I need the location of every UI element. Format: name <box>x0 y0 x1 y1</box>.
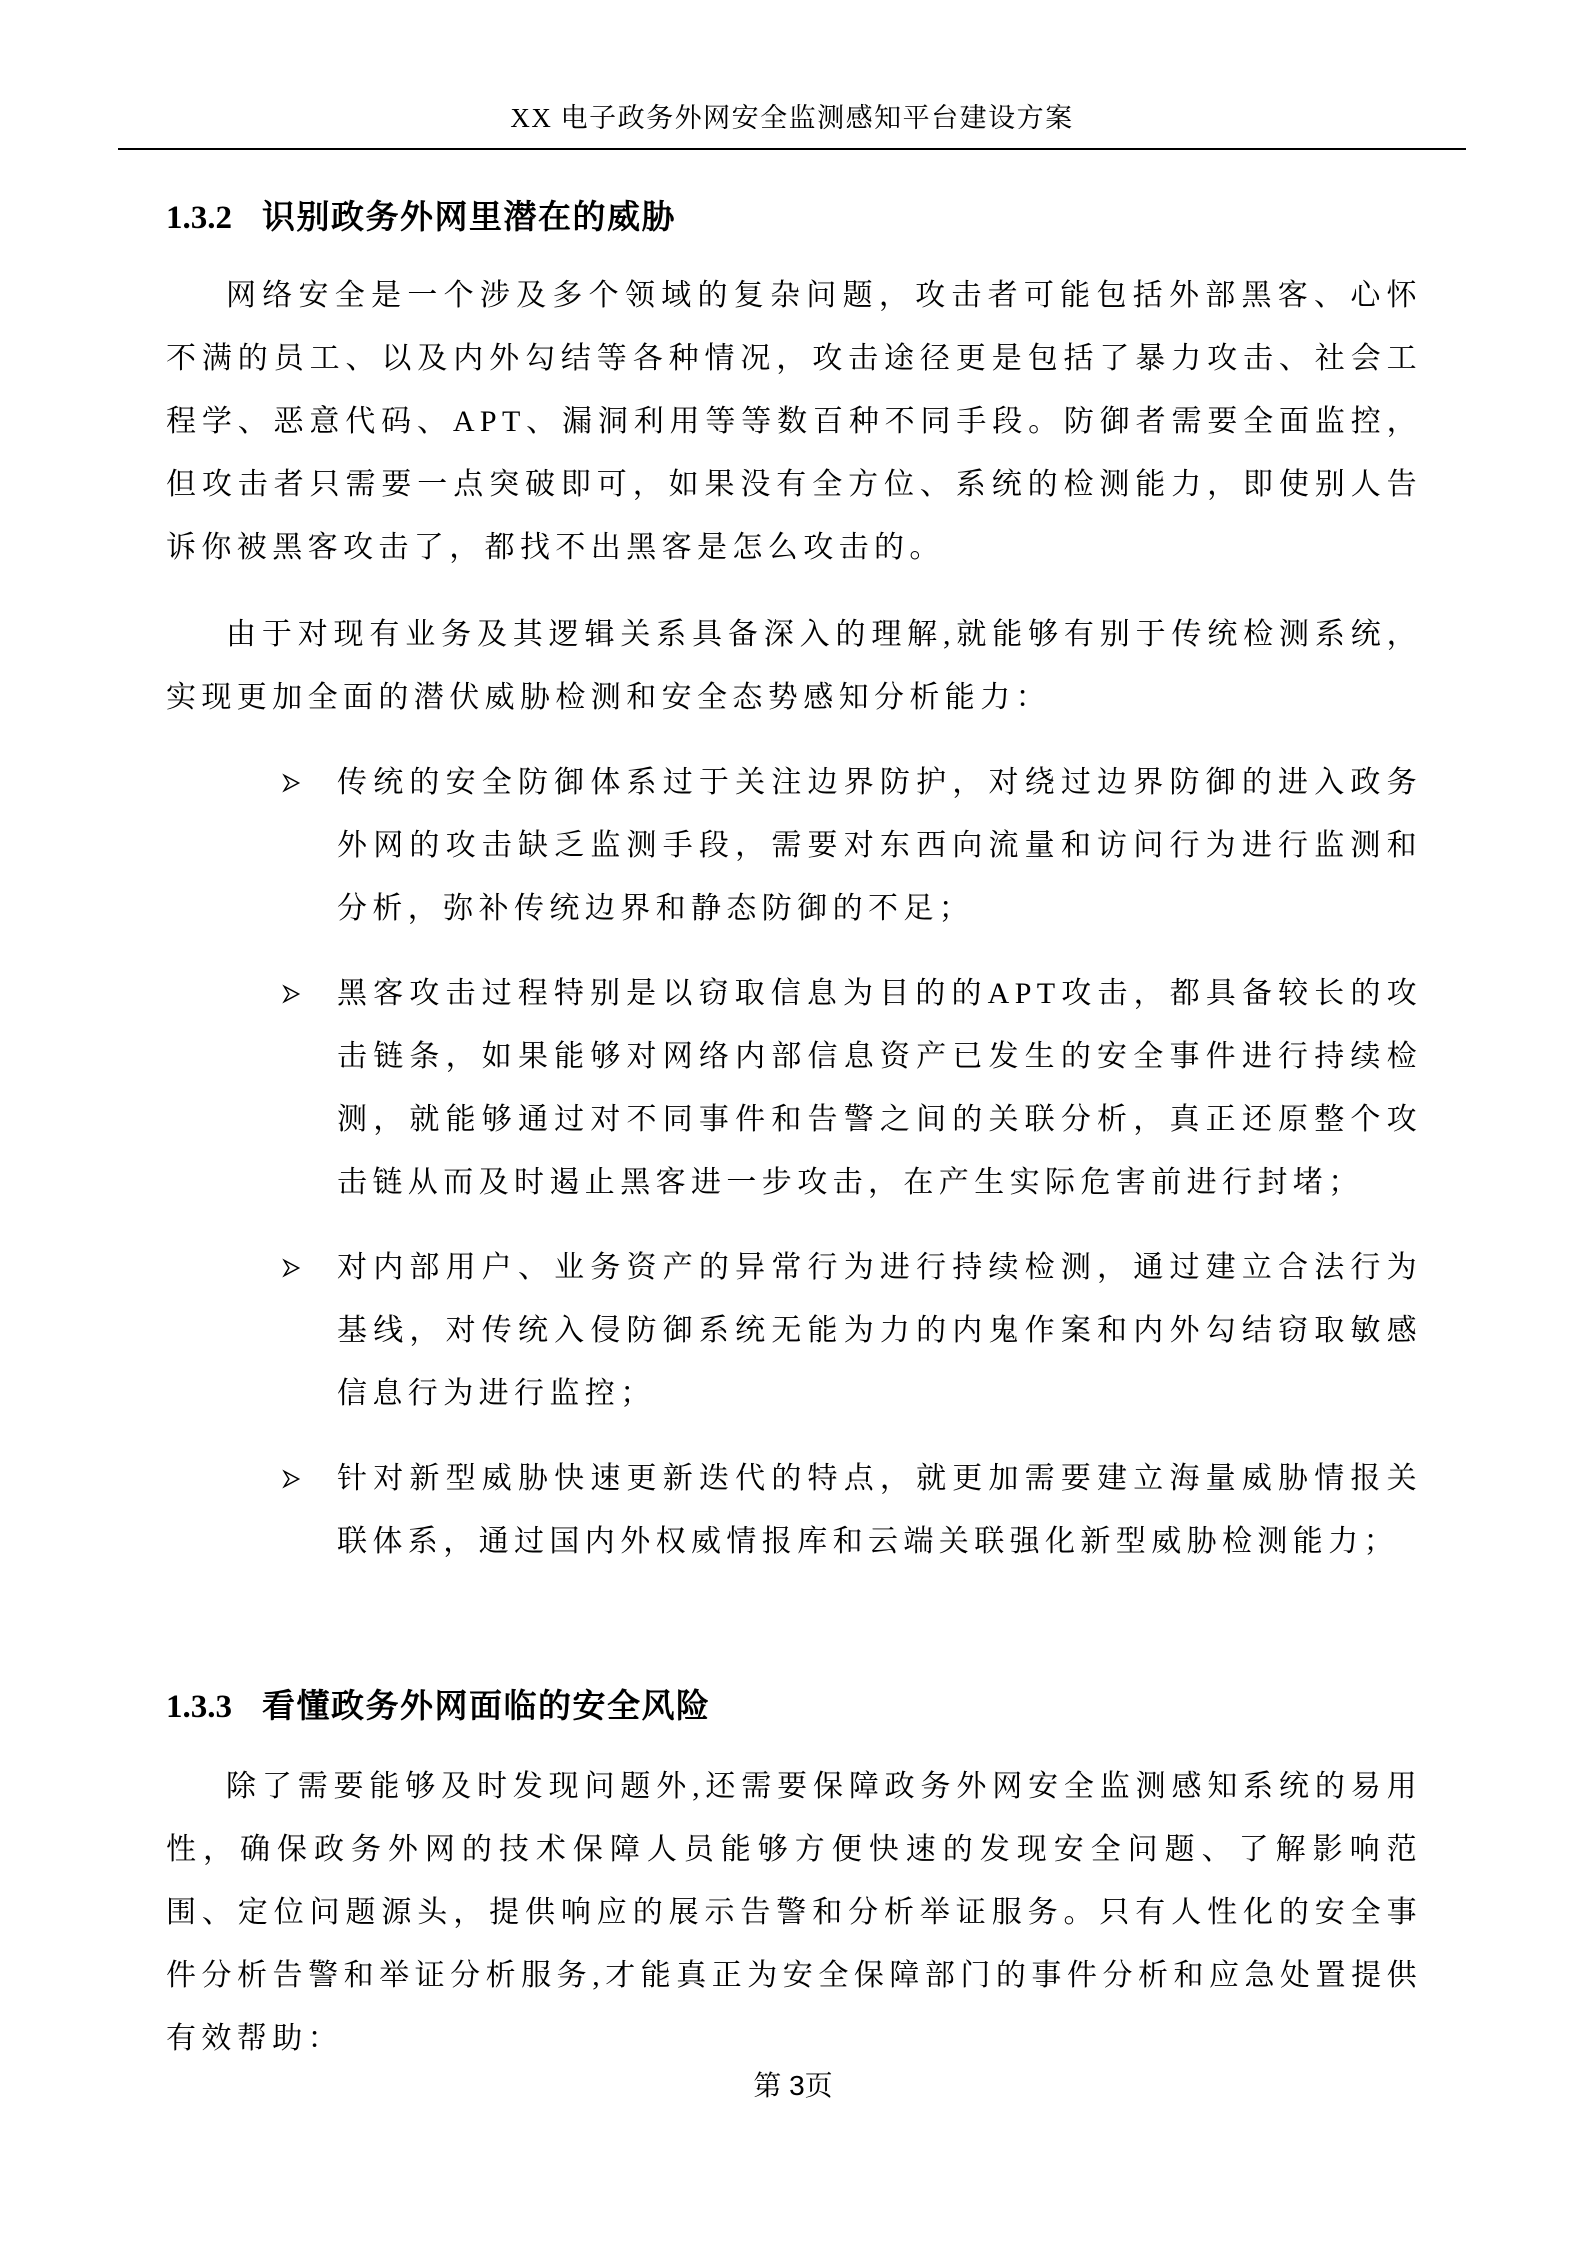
paragraph: 由于对现有业务及其逻辑关系具备深入的理解,就能够有别于传统检测系统，实现更加全面… <box>166 603 1422 729</box>
section-title: 识别政务外网里潜在的威胁 <box>262 200 676 236</box>
arrowhead-right-icon <box>280 751 337 814</box>
page-header: XX 电子政务外网安全监测感知平台建设方案 <box>118 100 1466 150</box>
arrowhead-right-icon <box>280 1236 337 1299</box>
bullet-item: 针对新型威胁快速更新迭代的特点，就更加需要建立海量威胁情报关联体系，通过国内外权… <box>280 1447 1422 1573</box>
bullet-item: 黑客攻击过程特别是以窃取信息为目的的APT攻击，都具备较长的攻击链条，如果能够对… <box>280 962 1422 1214</box>
page-body: 1.3.2识别政务外网里潜在的威胁 网络安全是一个涉及多个领域的复杂问题，攻击者… <box>166 196 1422 2070</box>
document-page: XX 电子政务外网安全监测感知平台建设方案 1.3.2识别政务外网里潜在的威胁 … <box>0 100 1586 2070</box>
paragraph: 网络安全是一个涉及多个领域的复杂问题，攻击者可能包括外部黑客、心怀不满的员工、以… <box>166 264 1422 579</box>
bullet-text: 对内部用户、业务资产的异常行为进行持续检测，通过建立合法行为基线，对传统入侵防御… <box>337 1236 1422 1425</box>
arrowhead-right-icon <box>280 962 337 1025</box>
bullet-item: 对内部用户、业务资产的异常行为进行持续检测，通过建立合法行为基线，对传统入侵防御… <box>280 1236 1422 1425</box>
arrowhead-right-icon <box>280 1447 337 1510</box>
bullet-list: 传统的安全防御体系过于关注边界防护，对绕过边界防御的进入政务外网的攻击缺乏监测手… <box>280 751 1422 1573</box>
bullet-text: 针对新型威胁快速更新迭代的特点，就更加需要建立海量威胁情报关联体系，通过国内外权… <box>337 1447 1422 1573</box>
section-heading-132: 1.3.2识别政务外网里潜在的威胁 <box>166 196 1422 240</box>
paragraph: 除了需要能够及时发现问题外,还需要保障政务外网安全监测感知系统的易用性，确保政务… <box>166 1755 1422 2070</box>
section-heading-133: 1.3.3看懂政务外网面临的安全风险 <box>166 1685 1422 1729</box>
section-title: 看懂政务外网面临的安全风险 <box>262 1689 711 1725</box>
header-title: XX 电子政务外网安全监测感知平台建设方案 <box>510 103 1073 133</box>
bullet-text: 黑客攻击过程特别是以窃取信息为目的的APT攻击，都具备较长的攻击链条，如果能够对… <box>337 962 1422 1214</box>
bullet-text: 传统的安全防御体系过于关注边界防护，对绕过边界防御的进入政务外网的攻击缺乏监测手… <box>337 751 1422 940</box>
section-number: 1.3.2 <box>166 200 232 236</box>
page-number: 第 3页 <box>753 2070 832 2101</box>
page-footer: 第 3页 <box>0 2068 1586 2104</box>
section-number: 1.3.3 <box>166 1689 232 1725</box>
bullet-item: 传统的安全防御体系过于关注边界防护，对绕过边界防御的进入政务外网的攻击缺乏监测手… <box>280 751 1422 940</box>
